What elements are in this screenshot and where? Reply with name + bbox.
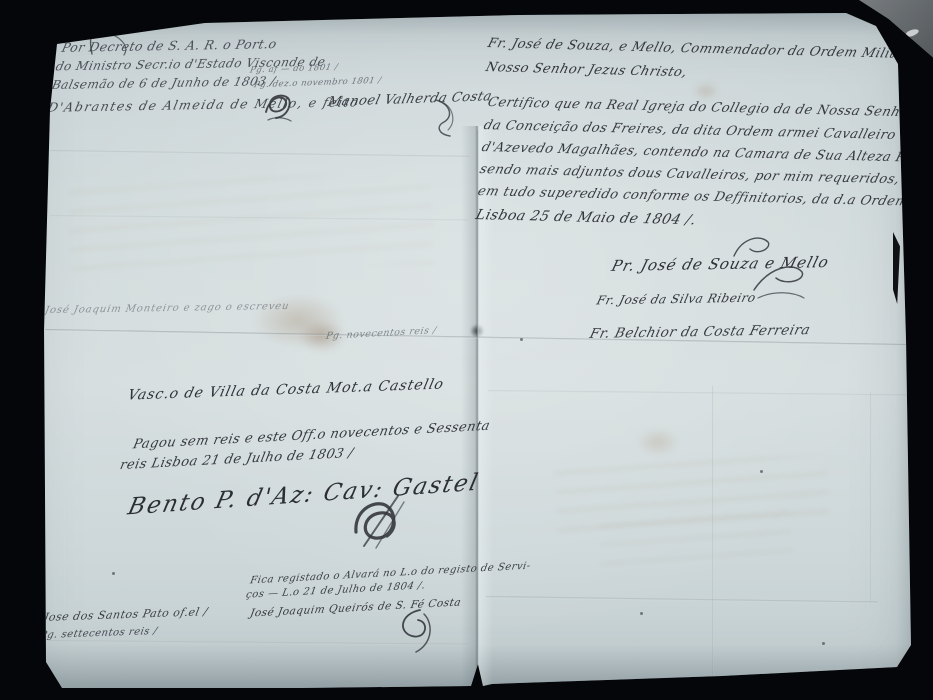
speck bbox=[822, 642, 825, 645]
certificate-body-line5: em tudo superedido conforme os Deffinito… bbox=[476, 184, 910, 209]
rubric-flourish-right-page bbox=[730, 232, 774, 262]
fold-crease bbox=[488, 390, 908, 396]
certificate-heading-line2: Nosso Senhor Jezus Christo, bbox=[484, 60, 689, 80]
brown-stain bbox=[636, 428, 680, 456]
officer-note-line2: Pg. settecentos reis / bbox=[39, 626, 158, 641]
paper-edge-tear-shadow bbox=[893, 232, 900, 304]
rubric-flourish-bottom bbox=[390, 604, 438, 658]
background-object-highlight bbox=[904, 28, 919, 38]
grant-line: D'Abrantes de Almeida de Mello, e feito bbox=[46, 94, 361, 114]
ink-blot-flourish bbox=[346, 490, 410, 552]
signature-tail-flourish bbox=[430, 96, 460, 138]
signature-bento: Bento P. d'Az: Cav: Gastel bbox=[125, 469, 482, 520]
certificate-dateline: Lisboa 25 de Maio de 1804 /. bbox=[474, 207, 698, 228]
fold-crease bbox=[50, 150, 470, 158]
brown-stain bbox=[692, 82, 720, 100]
fold-crease bbox=[486, 596, 878, 603]
decree-note-line3: Balsemão de 6 de Junho de 1803 / bbox=[50, 74, 277, 92]
signature-manoel: Manoel Valherda Costa bbox=[326, 89, 493, 110]
rubric-flourish-top-left bbox=[84, 8, 136, 58]
signature-swash bbox=[752, 260, 808, 304]
fold-crease bbox=[712, 386, 714, 686]
photograph-of-manuscript: Por Decreto de S. A. R. o Port.o do Mini… bbox=[0, 0, 933, 700]
speck bbox=[112, 572, 115, 575]
ink-bleed-through bbox=[69, 172, 434, 277]
ink-bleed-through bbox=[599, 511, 793, 566]
seal-scribble bbox=[262, 90, 294, 124]
certificate-body-line3: d'Azevedo Magalhães, contendo na Camara … bbox=[480, 140, 929, 166]
certificate-body-line4: sendo mais adjuntos dous Cavalleiros, po… bbox=[478, 162, 914, 187]
signature-belchior: Fr. Belchior da Costa Ferreira bbox=[588, 322, 812, 342]
certificate-heading-line1: Fr. José de Souza, e Mello, Commendador … bbox=[486, 36, 933, 63]
signature-silva-ribeiro: Fr. José da Silva Ribeiro bbox=[595, 291, 757, 308]
officer-note-line1: Jose dos Santos Pato of.el / bbox=[43, 605, 209, 624]
fold-crease bbox=[870, 392, 872, 602]
registry-office-line: Vasc.o de Villa da Costa Mot.a Castello bbox=[126, 376, 446, 403]
speck bbox=[760, 470, 763, 473]
manuscript-paper: Por Decreto de S. A. R. o Port.o do Mini… bbox=[0, 0, 933, 700]
speck bbox=[640, 612, 643, 615]
fee-note-1: Pg. af — do 1801 / bbox=[249, 62, 339, 75]
speck bbox=[520, 338, 523, 341]
